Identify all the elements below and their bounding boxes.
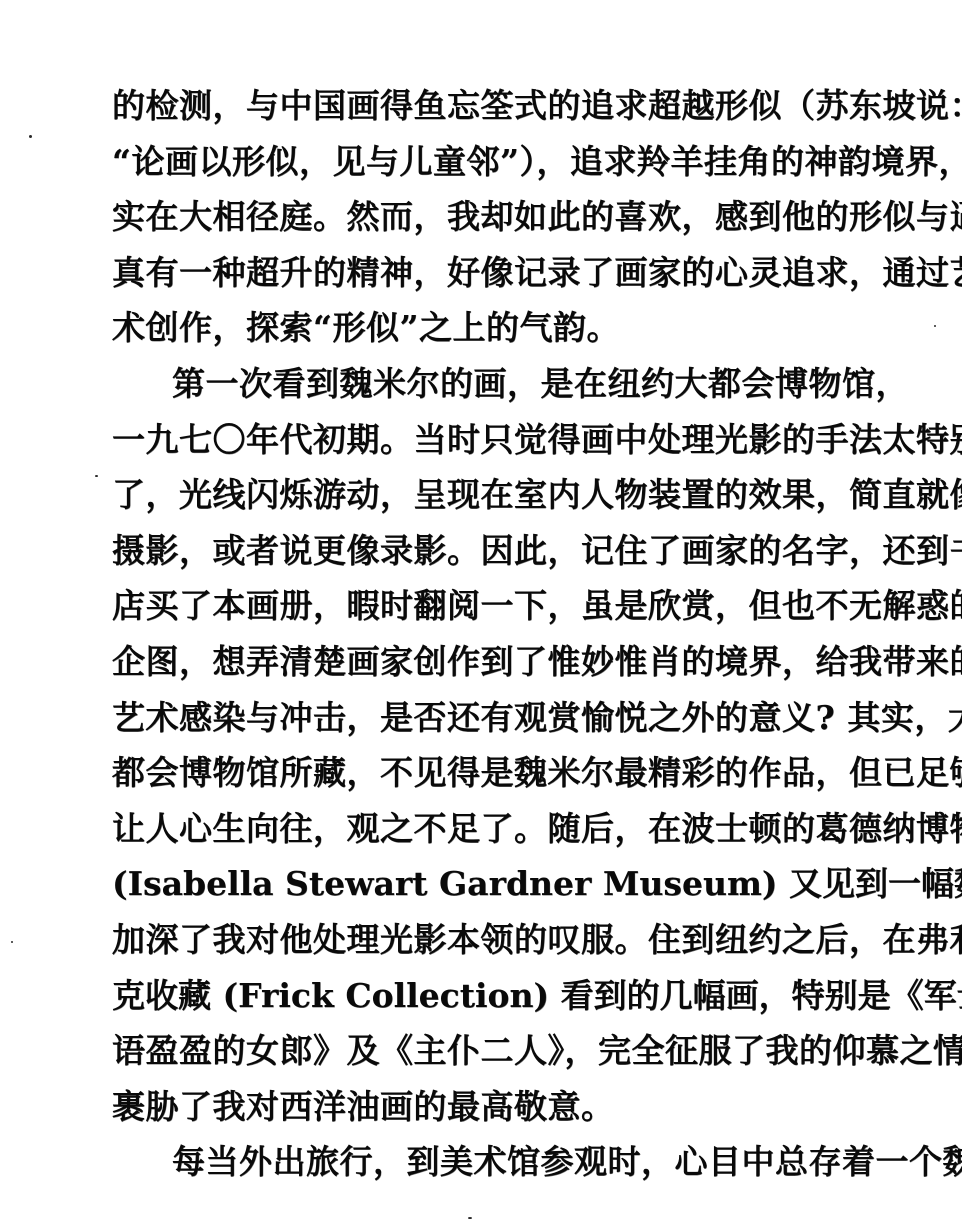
- text-line-paragraph-end: 术创作，探索“形似”之上的气韵。: [112, 300, 885, 356]
- text-line: 让人心生向往，观之不足了。随后，在波士顿的葛德纳博物馆: [112, 801, 885, 857]
- text-line-paragraph-end: 裹胁了我对西洋油画的最高敬意。: [112, 1079, 885, 1135]
- text-line: “论画以形似，见与儿童邻”），追求羚羊挂角的神韵境界，: [112, 134, 885, 190]
- text-line: 企图，想弄清楚画家创作到了惟妙惟肖的境界，给我带来的: [112, 634, 885, 690]
- text-line: 实在大相径庭。然而，我却如此的喜欢，感到他的形似与逼: [112, 189, 885, 245]
- body-text: 的检测，与中国画得鱼忘筌式的追求超越形似（苏东坡说： “论画以形似，见与儿童邻”…: [112, 78, 885, 1190]
- scanned-page: 的检测，与中国画得鱼忘筌式的追求超越形似（苏东坡说： “论画以形似，见与儿童邻”…: [0, 0, 962, 1225]
- text-line: 一九七〇年代初期。当时只觉得画中处理光影的手法太特别: [112, 412, 885, 468]
- scan-dust-speck: [468, 1217, 472, 1219]
- text-line-with-english: (Isabella Stewart Gardner Museum) 又见到一幅魏…: [112, 856, 885, 912]
- text-line: 艺术感染与冲击，是否还有观赏愉悦之外的意义? 其实，大: [112, 690, 885, 746]
- text-line: 摄影，或者说更像录影。因此，记住了画家的名字，还到书: [112, 523, 885, 579]
- text-line: 店买了本画册，暇时翻阅一下，虽是欣赏，但也不无解惑的: [112, 578, 885, 634]
- scan-dust-speck: [11, 941, 13, 943]
- text-line-paragraph-start: 第一次看到魏米尔的画，是在纽约大都会博物馆，: [112, 356, 885, 412]
- text-line-with-english: 克收藏 (Frick Collection) 看到的几幅画，特别是《军士与笑: [112, 968, 885, 1024]
- scan-dust-speck: [95, 475, 98, 477]
- text-line: 加深了我对他处理光影本领的叹服。住到纽约之后，在弗利: [112, 912, 885, 968]
- text-line: 的检测，与中国画得鱼忘筌式的追求超越形似（苏东坡说：: [112, 78, 885, 134]
- text-line: 了，光线闪烁游动，呈现在室内人物装置的效果，简直就像: [112, 467, 885, 523]
- scan-dust-speck: [29, 135, 32, 138]
- text-line: 都会博物馆所藏，不见得是魏米尔最精彩的作品，但已足够: [112, 745, 885, 801]
- text-line-paragraph-start: 每当外出旅行，到美术馆参观时，心目中总存着一个魏: [112, 1134, 885, 1190]
- text-line: 语盈盈的女郎》及《主仆二人》，完全征服了我的仰慕之情，: [112, 1023, 885, 1079]
- text-line: 真有一种超升的精神，好像记录了画家的心灵追求，通过艺: [112, 245, 885, 301]
- scan-dust-speck: [934, 325, 936, 327]
